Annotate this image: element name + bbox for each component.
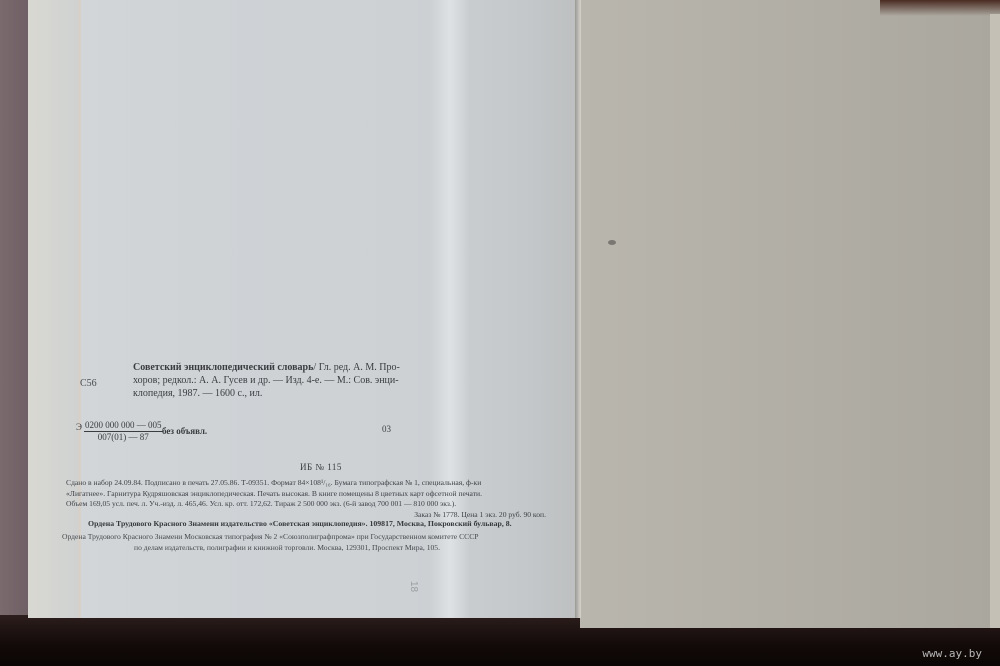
catalog-line-1: Советский энциклопедический словарь/ Гл.… <box>133 361 400 374</box>
index-prefix: Э <box>76 422 82 432</box>
printer-line: по делам издательств, полиграфии и книжн… <box>62 543 582 554</box>
catalog-entry: Советский энциклопедический словарь/ Гл.… <box>133 361 400 400</box>
publisher-line: Ордена Трудового Красного Знамени издате… <box>88 519 512 528</box>
index-denominator: 007(01) — 87 <box>98 432 149 443</box>
catalog-line-1-rest: / Гл. ред. А. М. Про- <box>313 362 399 373</box>
page-spot <box>608 240 616 245</box>
index-number: 03 <box>382 424 391 434</box>
page-stack-edge <box>28 0 80 618</box>
colophon-line: Сдано в набор 24.09.84. Подписано в печа… <box>66 478 576 489</box>
printer-block: Ордена Трудового Красного Знамени Москов… <box>62 532 582 553</box>
book-gutter <box>575 0 581 618</box>
catalog-title: Советский энциклопедический словарь <box>133 362 313 373</box>
watermark: www.ay.by <box>922 647 982 660</box>
index-note: без объявл. <box>162 426 207 436</box>
index-numerator: 0200 000 000 — 005 <box>84 420 163 432</box>
printer-line: Ордена Трудового Красного Знамени Москов… <box>62 532 582 543</box>
catalog-line-2: хоров; редкол.: А. А. Гусев и др. — Изд.… <box>133 374 400 387</box>
page-edge-line <box>78 0 81 618</box>
catalog-line-3: клопедия, 1987. — 1600 с., ил. <box>133 387 400 400</box>
index-fraction: 0200 000 000 — 005 007(01) — 87 <box>84 420 163 443</box>
pencil-mark: 18 <box>408 581 419 592</box>
page-edge <box>990 14 1000 628</box>
colophon-line: «Лигатнее». Гарнитура Кудряшовская энцик… <box>66 489 576 500</box>
colophon-block: Сдано в набор 24.09.84. Подписано в печа… <box>66 478 576 520</box>
ib-number: ИБ № 115 <box>300 462 342 472</box>
colophon-line: Объем 169,05 усл. печ. л. Уч.-изд. л. 46… <box>66 499 576 510</box>
catalog-code: С56 <box>80 377 97 390</box>
right-blank-page <box>580 0 1000 628</box>
cover-shadow <box>880 0 1000 16</box>
